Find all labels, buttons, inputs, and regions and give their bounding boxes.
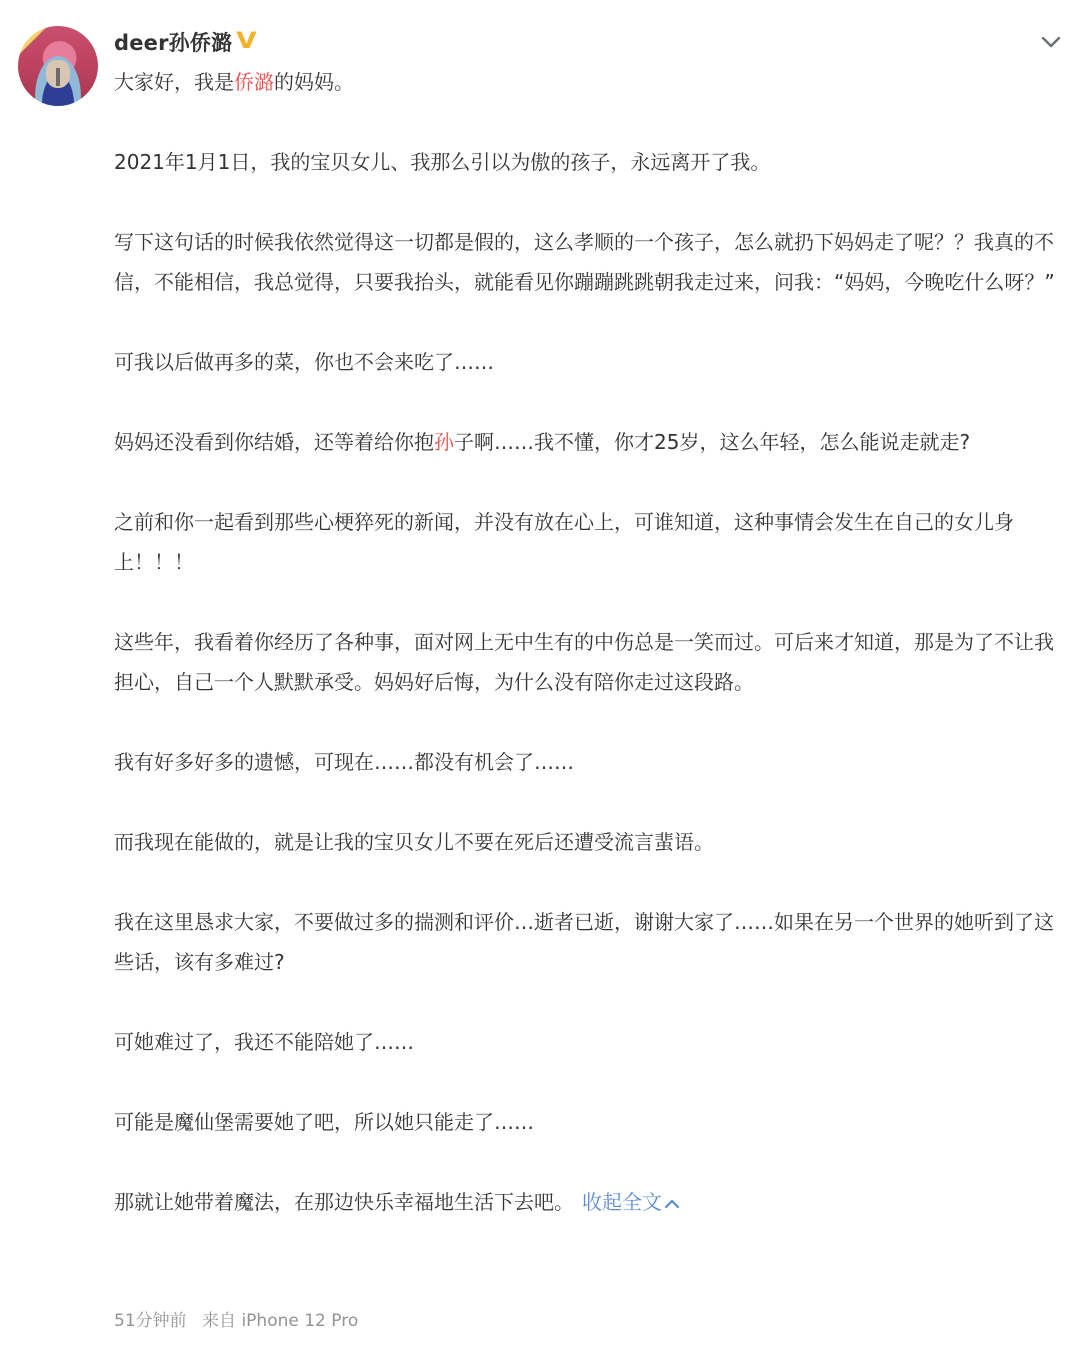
paragraph: 妈妈还没看到你结婚，还等着给你抱孙子啊……我不懂，你才25岁，这么年轻，怎么能说… [114,422,1064,462]
text-segment: 妈妈还没看到你结婚，还等着给你抱 [114,430,434,454]
paragraph: 我在这里恳求大家，不要做过多的揣测和评价…逝者已逝，谢谢大家了……如果在另一个世… [114,902,1064,982]
author-row: deer孙侨潞 V [114,26,255,58]
paragraph: 2021年1月1日，我的宝贝女儿、我那么引以为傲的孩子，永远离开了我。 [114,142,1064,182]
paragraph: 可能是魔仙堡需要她了吧，所以她只能走了…… [114,1102,1064,1142]
paragraph: 我有好多好多的遗憾，可现在……都没有机会了…… [114,742,1064,782]
collapse-label: 收起全文 [582,1190,662,1214]
post-timestamp[interactable]: 51分钟前 [114,1311,187,1331]
avatar[interactable] [18,26,98,106]
text-segment: 这些年，我看着你经历了各种事，面对网上无中生有的中伤总是一笑而过。可后来才知道，… [114,630,1054,694]
highlighted-keyword-link[interactable]: 侨潞 [234,70,274,94]
paragraph: 而我现在能做的，就是让我的宝贝女儿不要在死后还遭受流言蜚语。 [114,822,1064,862]
text-segment: 的妈妈。 [274,70,354,94]
chevron-up-icon [664,1198,680,1210]
text-segment: 那就让她带着魔法，在那边快乐幸福地生活下去吧。 [114,1190,574,1214]
text-segment: 2021年1月1日，我的宝贝女儿、我那么引以为傲的孩子，永远离开了我。 [114,150,770,174]
paragraph: 可我以后做再多的菜，你也不会来吃了…… [114,342,1064,382]
text-segment: 之前和你一起看到那些心梗猝死的新闻，并没有放在心上，可谁知道，这种事情会发生在自… [114,510,1014,574]
highlighted-keyword-link[interactable]: 孙 [434,430,454,454]
verified-badge-icon: V [237,31,257,53]
post-meta: 51分钟前 来自 iPhone 12 Pro [114,1309,358,1333]
paragraph: 之前和你一起看到那些心梗猝死的新闻，并没有放在心上，可谁知道，这种事情会发生在自… [114,502,1064,582]
author-name[interactable]: deer孙侨潞 [114,27,232,57]
paragraph: 那就让她带着魔法，在那边快乐幸福地生活下去吧。收起全文 [114,1182,1064,1222]
text-segment: 我在这里恳求大家，不要做过多的揣测和评价…逝者已逝，谢谢大家了……如果在另一个世… [114,910,1054,974]
text-segment: 写下这句话的时候我依然觉得这一切都是假的，这么孝顺的一个孩子，怎么就扔下妈妈走了… [114,230,1055,294]
paragraph: 写下这句话的时候我依然觉得这一切都是假的，这么孝顺的一个孩子，怎么就扔下妈妈走了… [114,222,1064,302]
text-segment: 可能是魔仙堡需要她了吧，所以她只能走了…… [114,1110,534,1134]
avatar-face-graphic [46,60,70,88]
text-segment: 可她难过了，我还不能陪她了…… [114,1030,414,1054]
collapse-full-text-button[interactable]: 收起全文 [582,1190,680,1214]
post-menu-button[interactable] [1036,30,1066,54]
post-source: 来自 iPhone 12 Pro [202,1311,358,1331]
text-segment: 子啊……我不懂，你才25岁，这么年轻，怎么能说走就走? [454,430,970,454]
paragraph: 这些年，我看着你经历了各种事，面对网上无中生有的中伤总是一笑而过。可后来才知道，… [114,622,1064,702]
text-segment: 而我现在能做的，就是让我的宝贝女儿不要在死后还遭受流言蜚语。 [114,830,714,854]
chevron-down-icon [1040,35,1062,49]
post-body: 大家好，我是侨潞的妈妈。 2021年1月1日，我的宝贝女儿、我那么引以为傲的孩子… [114,62,1064,1222]
text-segment: 我有好多好多的遗憾，可现在……都没有机会了…… [114,750,574,774]
paragraph: 可她难过了，我还不能陪她了…… [114,1022,1064,1062]
text-segment: 大家好，我是 [114,70,234,94]
paragraph: 大家好，我是侨潞的妈妈。 [114,62,1064,102]
weibo-post: deer孙侨潞 V 大家好，我是侨潞的妈妈。 2021年1月1日，我的宝贝女儿、… [0,0,1084,1362]
text-segment: 可我以后做再多的菜，你也不会来吃了…… [114,350,494,374]
